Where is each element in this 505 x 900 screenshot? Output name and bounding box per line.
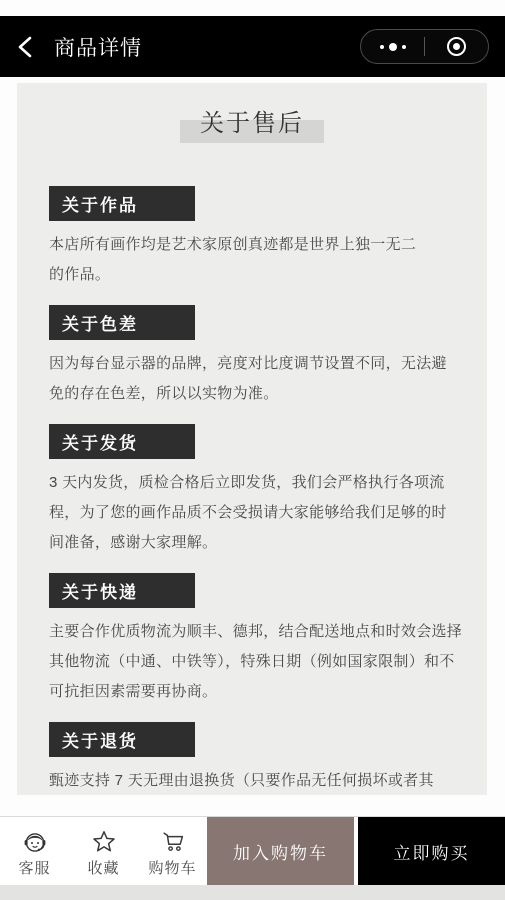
section-body: 甄迹支持 7 天无理由退换货（只要作品无任何损坏或者其 他对作品有影响的情况下）… <box>49 766 475 795</box>
customer-service-icon <box>22 829 48 855</box>
section-color-difference: 关于色差 因为每台显示器的品牌，亮度对比度调节设置不同，无法避 免的存在色差，所… <box>49 305 475 409</box>
favorite-button[interactable]: 收藏 <box>69 817 138 885</box>
section-returns: 关于退货 甄迹支持 7 天无理由退换货（只要作品无任何损坏或者其 他对作品有影响… <box>49 722 475 795</box>
add-to-cart-button[interactable]: 加入购物车 <box>207 817 354 885</box>
section-body: 主要合作优质物流为顺丰、德邦，结合配送地点和时效会选择 其他物流（中通、中铁等）… <box>49 617 475 707</box>
customer-service-button[interactable]: 客服 <box>0 817 69 885</box>
back-button[interactable] <box>16 32 42 62</box>
section-body: 因为每台显示器的品牌，亮度对比度调节设置不同，无法避 免的存在色差，所以以实物为… <box>49 349 475 409</box>
cart-button[interactable]: 购物车 <box>138 817 207 885</box>
circle-target-icon <box>447 37 466 56</box>
section-label: 关于作品 <box>49 186 195 221</box>
more-menu-button[interactable] <box>361 30 424 63</box>
chevron-left-icon <box>16 33 34 61</box>
page-header-title: 商品详情 <box>54 32 360 62</box>
section-body: 本店所有画作均是艺术家原创真迹都是世界上独一无二 的作品。 <box>49 230 475 290</box>
section-body: 3 天内发货，质检合格后立即发货，我们会严格执行各项流 程，为了您的画作品质不会… <box>49 468 475 558</box>
app-screen: 商品详情 关于售后 关于作品 本店所有画作均是艺术家原创真迹都是世界上独 <box>0 0 505 900</box>
cart-label: 购物车 <box>148 857 196 878</box>
section-about-work: 关于作品 本店所有画作均是艺术家原创真迹都是世界上独一无二 的作品。 <box>49 186 475 290</box>
close-miniprogram-button[interactable] <box>425 30 488 63</box>
favorite-label: 收藏 <box>87 857 119 878</box>
star-icon <box>91 829 117 855</box>
three-dots-icon <box>380 43 406 51</box>
shopping-cart-icon <box>160 829 186 855</box>
section-shipping: 关于发货 3 天内发货，质检合格后立即发货，我们会严格执行各项流 程，为了您的画… <box>49 424 475 558</box>
section-label: 关于快递 <box>49 573 195 608</box>
buy-now-button[interactable]: 立即购买 <box>358 817 505 885</box>
section-label: 关于色差 <box>49 305 195 340</box>
after-sales-sections: 关于作品 本店所有画作均是艺术家原创真迹都是世界上独一无二 的作品。 关于色差 … <box>17 186 487 795</box>
navbar: 商品详情 <box>0 16 505 77</box>
section-courier: 关于快递 主要合作优质物流为顺丰、德邦，结合配送地点和时效会选择 其他物流（中通… <box>49 573 475 707</box>
content-panel[interactable]: 关于售后 关于作品 本店所有画作均是艺术家原创真迹都是世界上独一无二 的作品。 … <box>17 83 487 795</box>
page-title: 关于售后 <box>196 103 308 138</box>
section-label: 关于退货 <box>49 722 195 757</box>
bottom-action-bar: 客服 收藏 购物车 加入购物车 立即购买 <box>0 816 505 885</box>
bottom-home-strip <box>0 885 505 900</box>
miniprogram-capsule <box>360 29 489 64</box>
customer-service-label: 客服 <box>18 857 50 878</box>
section-label: 关于发货 <box>49 424 195 459</box>
